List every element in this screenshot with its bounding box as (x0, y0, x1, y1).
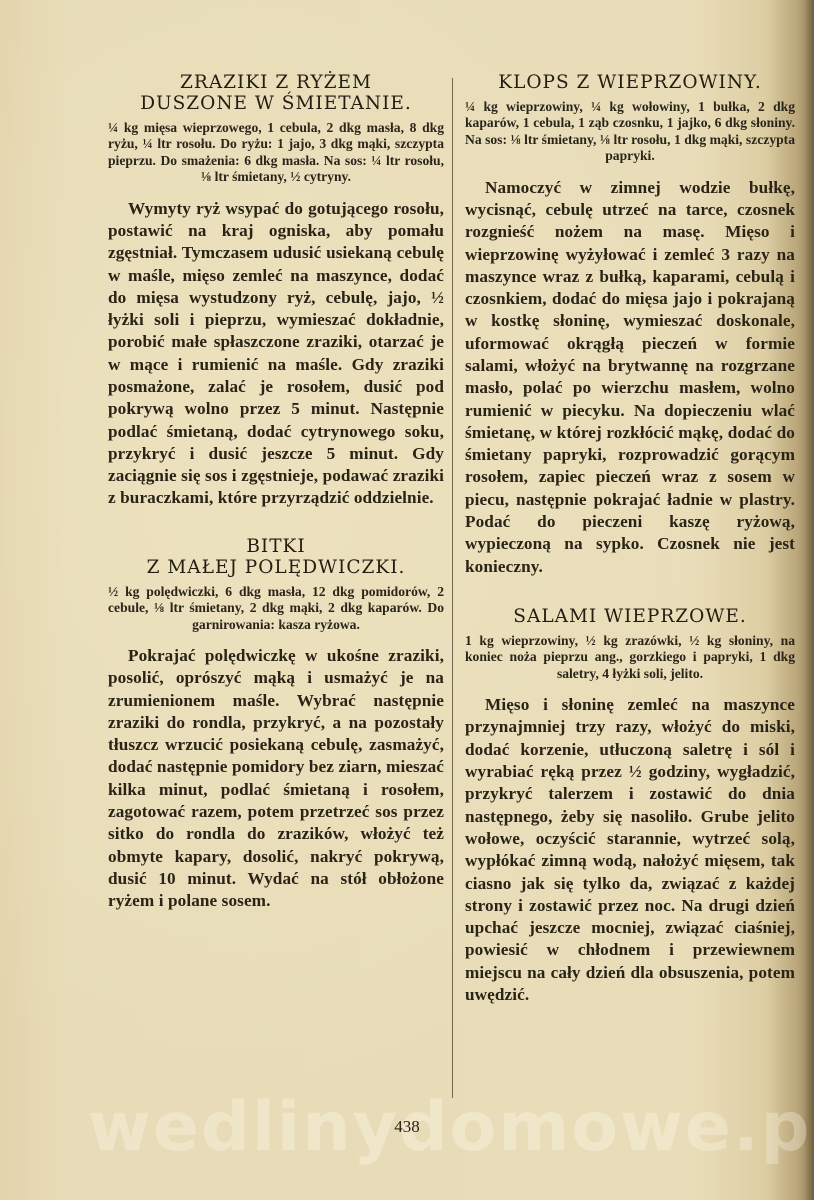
recipe-title-line2: DUSZONE W ŚMIETANIE. (140, 93, 412, 114)
page-number: 438 (0, 1117, 814, 1137)
recipe-instructions: Wymyty ryż wsypać do gotującego rosołu, … (108, 198, 444, 510)
recipe-ingredients: 1 kg wieprzowiny, ½ kg zrazówki, ½ kg sł… (465, 633, 795, 682)
recipe-title: BITKI Z MAŁEJ POLĘDWICZKI. (108, 536, 444, 578)
left-column: ZRAZIKI Z RYŻEM DUSZONE W ŚMIETANIE. ¼ k… (108, 72, 444, 913)
recipe-instructions: Pokrajać polędwiczkę w ukośne zraziki, p… (108, 645, 444, 913)
recipe-instructions: Namoczyć w zimnej wodzie bułkę, wycisnąć… (465, 177, 795, 578)
recipe-ingredients: ¼ kg wieprzowiny, ¼ kg wołowiny, 1 bułka… (465, 99, 795, 165)
recipe-title-line1: SALAMI WIEPRZOWE. (513, 606, 746, 627)
right-column: KLOPS Z WIEPRZOWINY. ¼ kg wieprzowiny, ¼… (465, 72, 795, 1006)
recipe-ingredients: ½ kg polędwiczki, 6 dkg masła, 12 dkg po… (108, 584, 444, 633)
recipe-title: ZRAZIKI Z RYŻEM DUSZONE W ŚMIETANIE. (108, 72, 444, 114)
recipe-klops-z-wieprzowiny: KLOPS Z WIEPRZOWINY. ¼ kg wieprzowiny, ¼… (465, 72, 795, 578)
column-divider (452, 78, 453, 1098)
recipe-salami-wieprzowe: SALAMI WIEPRZOWE. 1 kg wieprzowiny, ½ kg… (465, 606, 795, 1006)
recipe-title-line2: Z MAŁEJ POLĘDWICZKI. (147, 557, 406, 578)
recipe-title: SALAMI WIEPRZOWE. (465, 606, 795, 627)
recipe-zraziki-z-ryzem: ZRAZIKI Z RYŻEM DUSZONE W ŚMIETANIE. ¼ k… (108, 72, 444, 510)
recipe-title-line1: BITKI (246, 536, 305, 557)
recipe-title-line1: ZRAZIKI Z RYŻEM (180, 72, 372, 93)
page-edge-shadow (804, 0, 814, 1200)
recipe-ingredients: ¼ kg mięsa wieprzowego, 1 cebula, 2 dkg … (108, 120, 444, 186)
recipe-instructions: Mięso i słoninę zemleć na maszynce przyn… (465, 694, 795, 1006)
recipe-title: KLOPS Z WIEPRZOWINY. (465, 72, 795, 93)
recipe-title-line1: KLOPS Z WIEPRZOWINY. (498, 72, 761, 93)
recipe-bitki-z-poledwiczki: BITKI Z MAŁEJ POLĘDWICZKI. ½ kg polędwic… (108, 536, 444, 913)
